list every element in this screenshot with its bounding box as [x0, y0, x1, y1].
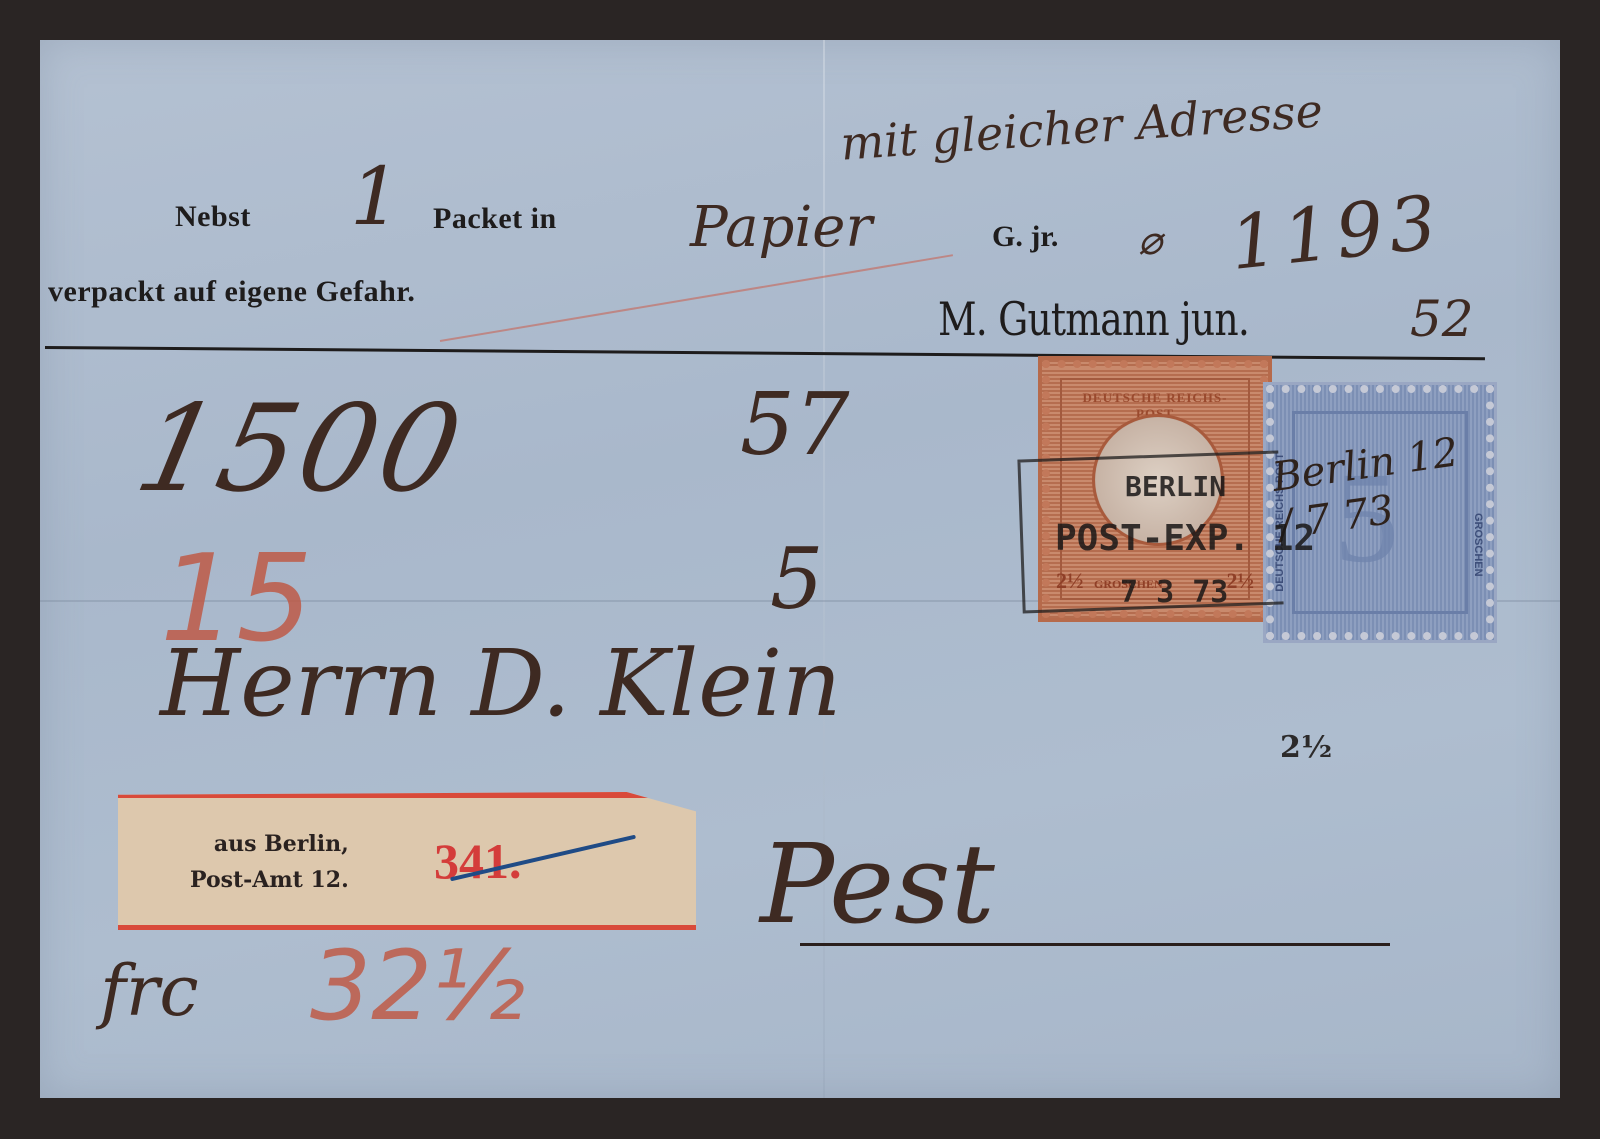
- rate-handstamp: 2½: [1280, 730, 1332, 765]
- label-origin: aus Berlin, Post-Amt 12.: [190, 826, 349, 898]
- printed-weight-label: G. jr.: [992, 220, 1058, 254]
- label-origin-office: Post-Amt 12.: [190, 862, 349, 898]
- address-underline: [800, 943, 1390, 946]
- cancel-office: POST-EXP. 12: [1055, 518, 1315, 559]
- handwritten-weight: 1193: [1226, 179, 1446, 287]
- registration-label: aus Berlin, Post-Amt 12. 341.: [118, 792, 696, 930]
- handwritten-mid-number-top: 57: [740, 375, 849, 475]
- handwritten-sender-suffix: 52: [1410, 290, 1474, 348]
- handwritten-top-note: mit gleicher Adresse: [839, 83, 1325, 171]
- weight-symbol: ⌀: [1138, 218, 1162, 264]
- addressee: Herrn D. Klein: [160, 630, 841, 737]
- printed-packet-in: Packet in: [433, 202, 557, 236]
- destination: Pest: [760, 820, 995, 948]
- handwritten-quantity: 1: [350, 150, 401, 243]
- handwritten-franco: frc: [100, 950, 199, 1032]
- handwritten-contents: Papier: [690, 195, 872, 260]
- form-divider-rule: [45, 346, 1485, 360]
- handwritten-left-number: 1500: [125, 380, 476, 519]
- handwritten-mid-number-bottom: 5: [770, 530, 823, 628]
- red-crayon-amount: 32½: [310, 930, 525, 1042]
- parcel-dispatch-note: mit gleicher Adresse Nebst 1 Packet in P…: [40, 40, 1560, 1098]
- printed-nebst: Nebst: [175, 200, 251, 234]
- red-crayon-stroke: [440, 254, 953, 342]
- cancel-date: 7 3 73: [1120, 575, 1228, 610]
- label-origin-city: aus Berlin,: [190, 826, 349, 862]
- registration-number: 341.: [434, 832, 522, 890]
- cancel-city: BERLIN: [1125, 470, 1226, 503]
- printed-sender: M. Gutmann jun.: [938, 292, 1249, 346]
- printed-own-risk: verpackt auf eigene Gefahr.: [48, 275, 415, 309]
